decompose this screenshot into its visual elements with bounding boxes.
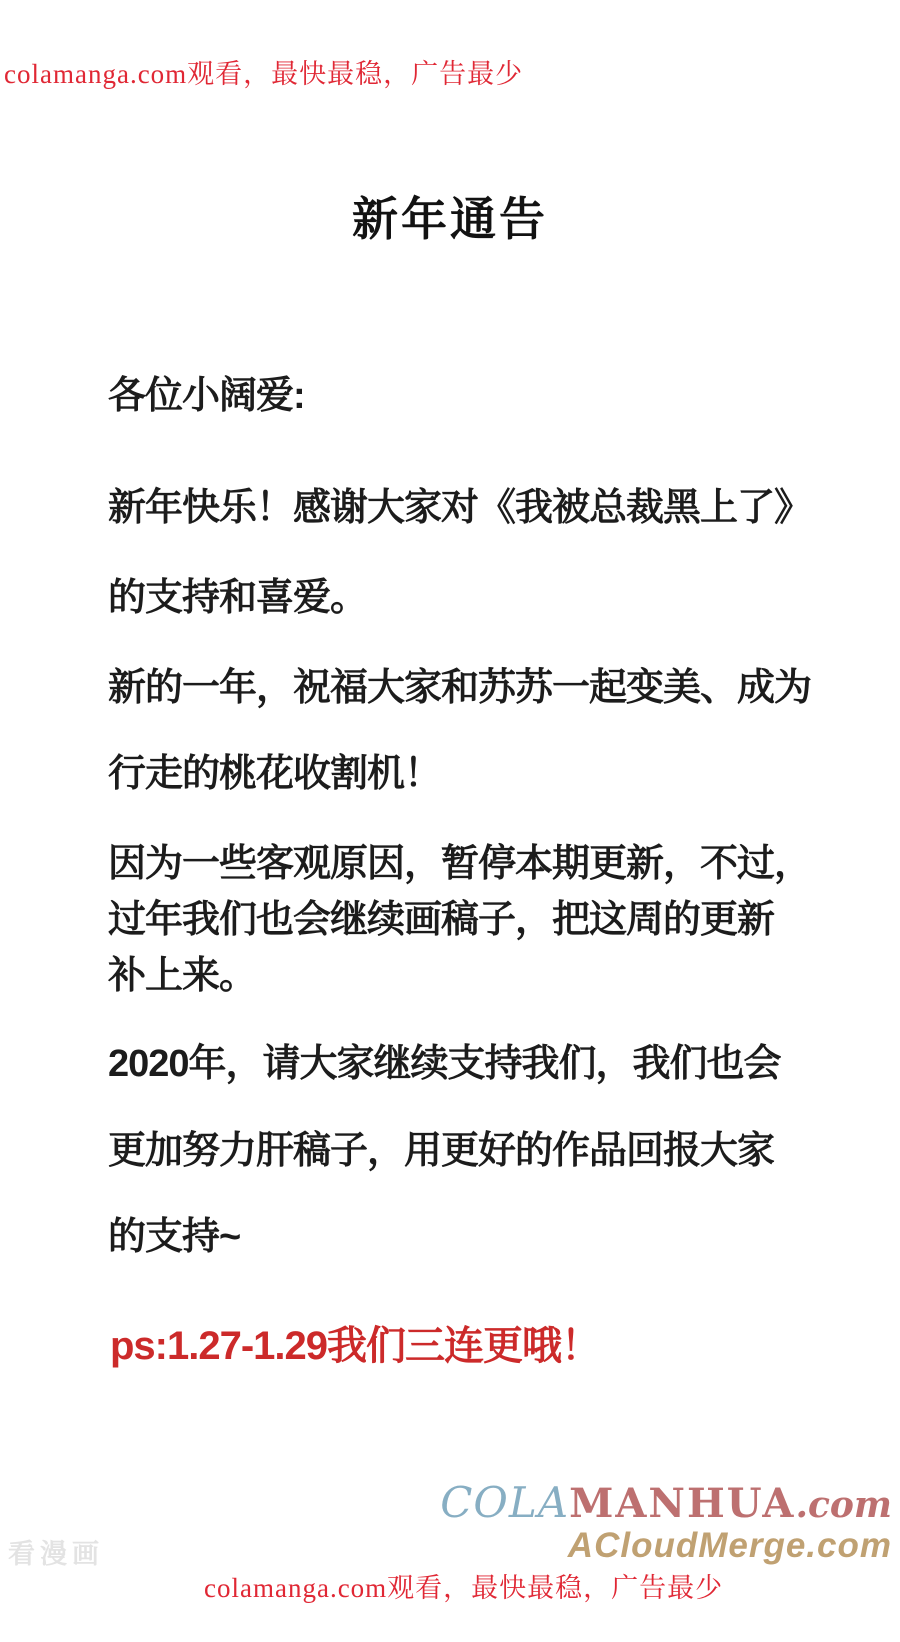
watermark-reader-label: 看漫画	[8, 1541, 104, 1568]
ps-update-note: ps:1.27-1.29我们三连更哦！	[110, 1326, 600, 1366]
notice-line: 过年我们也会继续画稿子，把这周的更新	[108, 901, 774, 939]
top-site-banner: colamanga.com观看，最快最稳，广告最少	[4, 52, 523, 91]
watermark-dotcom-text: .com	[795, 1484, 892, 1526]
watermark-cola-text: COLA	[440, 1478, 569, 1527]
notice-line: 新的一年，祝福大家和苏苏一起变美、成为	[108, 669, 811, 707]
notice-line: 2020年，请大家继续支持我们，我们也会	[108, 1045, 781, 1083]
notice-line: 行走的桃花收割机！	[108, 755, 441, 793]
notice-line: 更加努力肝稿子，用更好的作品回报大家	[108, 1132, 774, 1170]
notice-line: 补上来。	[108, 957, 256, 995]
notice-line: 因为一些客观原因，暂停本期更新，不过，	[108, 845, 811, 883]
watermark-acloudmerge: ACloudMerge.com	[568, 1528, 892, 1563]
watermark-manhua-text: MANHUA	[569, 1480, 795, 1527]
notice-line-salutation: 各位小阔爱:	[108, 377, 305, 415]
notice-line: 的支持~	[108, 1218, 240, 1256]
bottom-site-banner: colamanga.com观看，最快最稳，广告最少	[204, 1566, 723, 1605]
watermark-colamanhua: COLAMANHUA.com	[440, 1482, 892, 1524]
notice-line: 的支持和喜爱。	[108, 579, 367, 617]
page-title: 新年通告	[0, 183, 900, 249]
notice-line: 新年快乐！感谢大家对《我被总裁黑上了》	[108, 489, 811, 527]
